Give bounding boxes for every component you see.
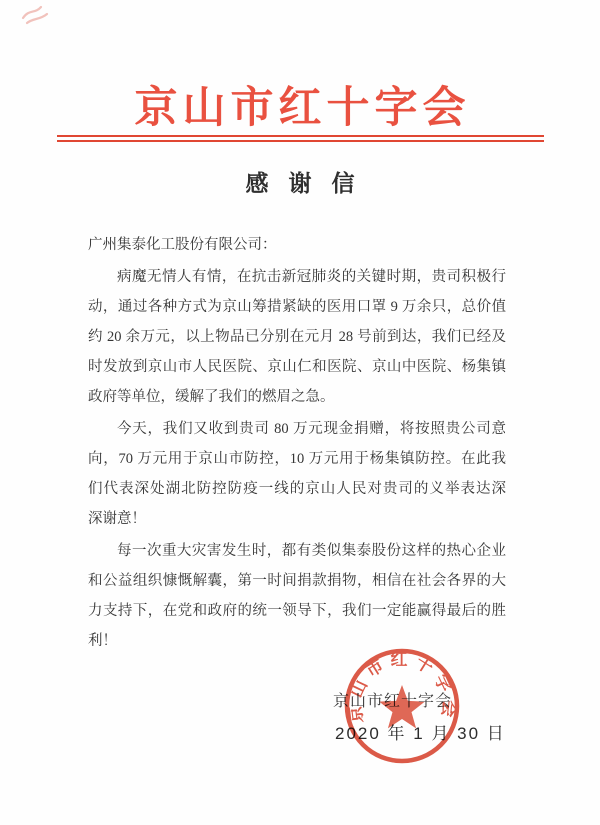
body-line: 和公益组织慷慨解囊，第一时间捐款捐物，相信在社会各界的大 bbox=[88, 566, 506, 596]
salutation-line: 广州集泰化工股份有限公司： bbox=[88, 230, 506, 260]
body-line: 向，70 万元用于京山市防控，10 万元用于杨集镇防控。在此我 bbox=[88, 444, 506, 474]
red-cross-official-seal: 京山市红十字会 bbox=[342, 646, 462, 766]
body-line: 们代表深处湖北防控防疫一线的京山人民对贵司的义举表达深 bbox=[88, 474, 506, 504]
body-line: 时发放到京山市人民医院、京山仁和医院、京山中医院、杨集镇 bbox=[88, 352, 506, 382]
letter-title: 感谢信 bbox=[0, 165, 600, 198]
letterhead-double-rule bbox=[57, 135, 544, 142]
seal-star-icon bbox=[379, 685, 425, 728]
body-line: 约 20 余万元，以上物品已分别在元月 28 号前到达，我们已经及 bbox=[88, 322, 506, 352]
body-line: 政府等单位，缓解了我们的燃眉之急。 bbox=[88, 382, 506, 412]
body-line: 力支持下，在党和政府的统一领导下，我们一定能赢得最后的胜 bbox=[88, 596, 506, 626]
body-line: 今天，我们又收到贵司 80 万元现金捐赠，将按照贵公司意 bbox=[88, 414, 506, 444]
scanned-letter-page: 京山市红十字会 感谢信 广州集泰化工股份有限公司： 病魔无情人有情，在抗击新冠肺… bbox=[0, 0, 600, 825]
body-line: 每一次重大灾害发生时，都有类似集泰股份这样的热心企业 bbox=[88, 536, 506, 566]
body-line: 动，通过各种方式为京山筹措紧缺的医用口罩 9 万余只，总价值 bbox=[88, 292, 506, 322]
body-line: 深谢意！ bbox=[88, 504, 506, 534]
letterhead-title: 京山市红十字会 bbox=[0, 74, 600, 135]
letter-body: 广州集泰化工股份有限公司： 病魔无情人有情，在抗击新冠肺炎的关键时期，贵司积极行… bbox=[88, 230, 506, 656]
stray-ink-mark bbox=[20, 3, 56, 27]
body-line: 病魔无情人有情，在抗击新冠肺炎的关键时期，贵司积极行 bbox=[88, 262, 506, 292]
